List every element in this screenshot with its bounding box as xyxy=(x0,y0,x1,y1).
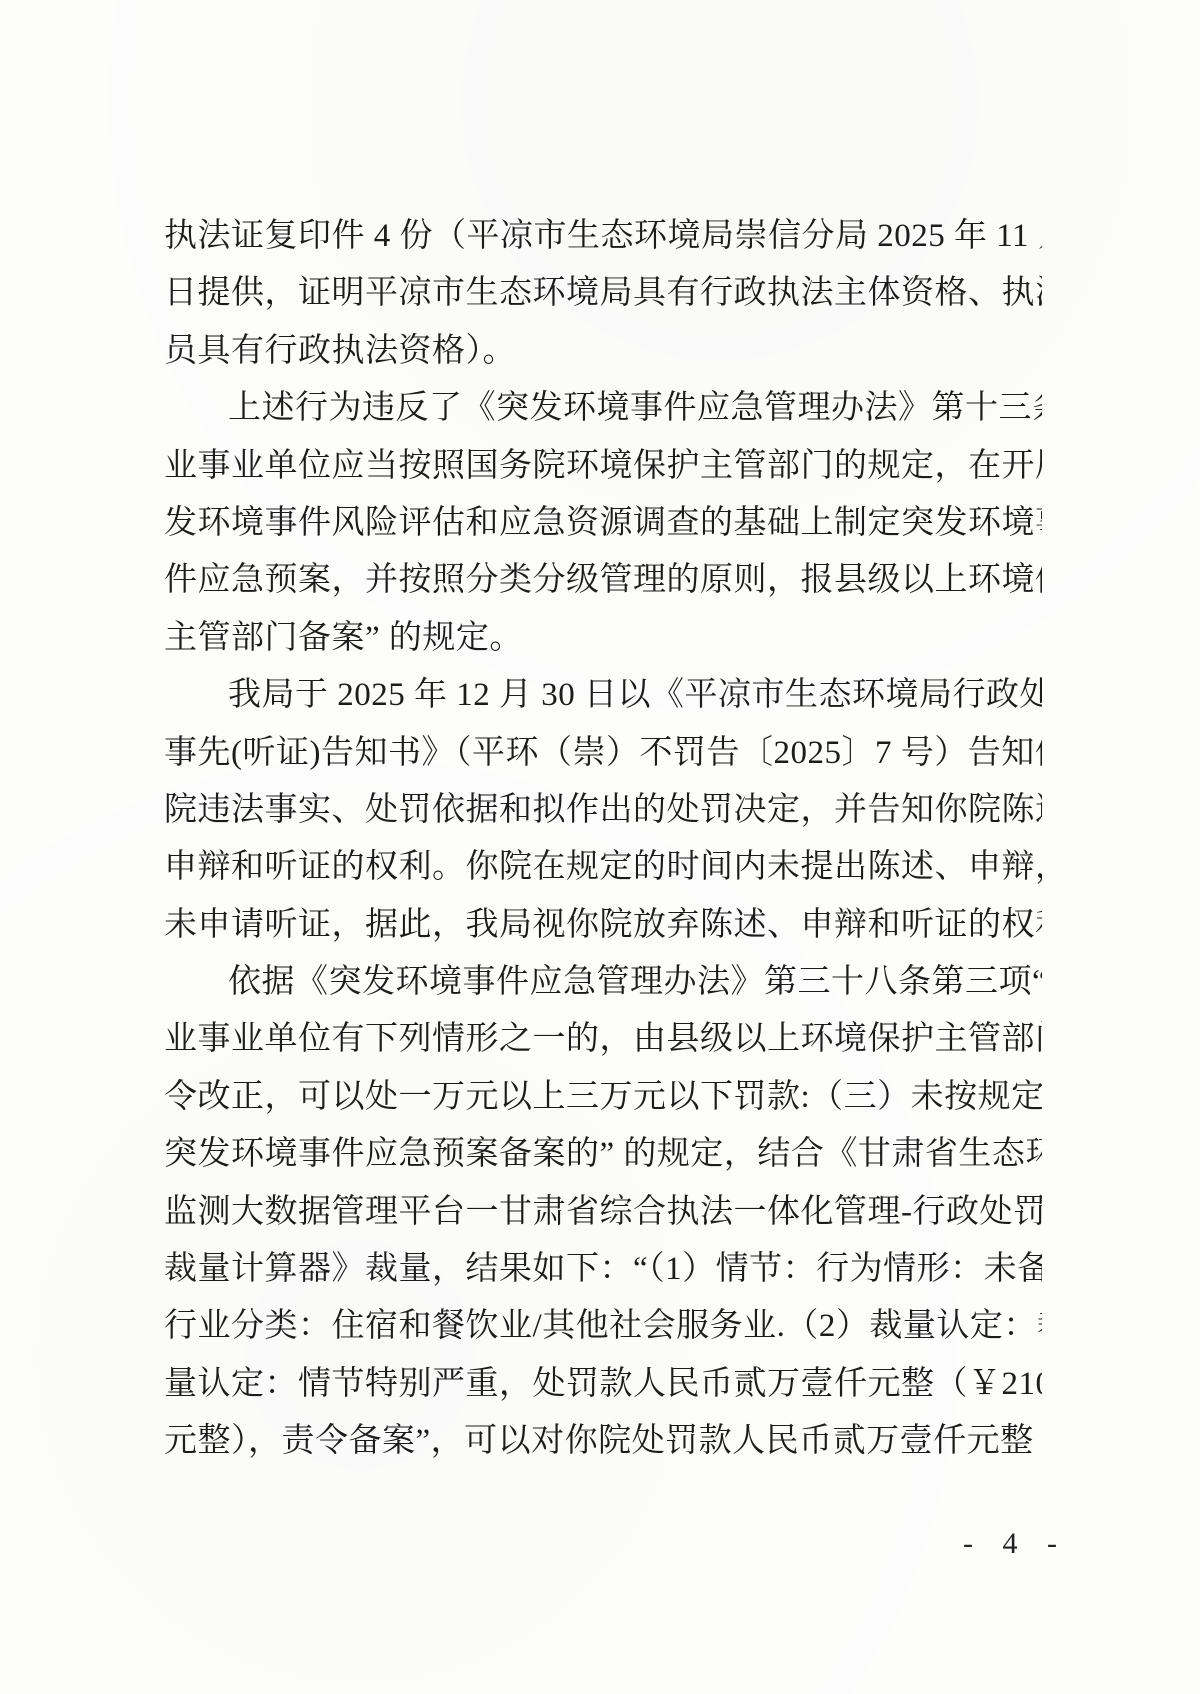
document-line: 业事业单位应当按照国务院环境保护主管部门的规定，在开展突 xyxy=(164,438,1042,495)
document-line: 员具有行政执法资格）。 xyxy=(164,323,1042,380)
document-line: 我局于 2025 年 12 月 30 日以《平凉市生态环境局行政处罚 xyxy=(164,667,1042,724)
document-line: 依据《突发环境事件应急管理办法》第三十八条第三项“企 xyxy=(164,954,1042,1011)
document-line: 件应急预案，并按照分类分级管理的原则，报县级以上环境保护 xyxy=(164,552,1042,609)
document-line: 监测大数据管理平台一甘肃省综合执法一体化管理-行政处罚- xyxy=(164,1184,1042,1241)
document-line: 量认定：情节特别严重，处罚款人民币贰万壹仟元整（￥21000 xyxy=(164,1356,1042,1413)
document-page: 执法证复印件 4 份（平凉市生态环境局崇信分局 2025 年 11 月 3日提供… xyxy=(0,0,1200,1694)
page-number: - 4 - xyxy=(958,1524,1068,1564)
document-line: 元整），责令备案”，可以对你院处罚款人民币贰万壹仟元整 xyxy=(164,1413,1042,1470)
document-line: 发环境事件风险评估和应急资源调查的基础上制定突发环境事 xyxy=(164,495,1042,552)
document-line: 事先(听证)告知书》（平环（崇）不罚告〔2025〕7 号）告知你 xyxy=(164,725,1042,782)
document-line: 行业分类：住宿和餐饮业/其他社会服务业.（2）裁量认定：裁 xyxy=(164,1298,1042,1355)
document-line: 申辩和听证的权利。你院在规定的时间内未提出陈述、申辩，也 xyxy=(164,839,1042,896)
document-line: 院违法事实、处罚依据和拟作出的处罚决定，并告知你院陈述、 xyxy=(164,782,1042,839)
document-line: 执法证复印件 4 份（平凉市生态环境局崇信分局 2025 年 11 月 3 xyxy=(164,208,1042,265)
document-line: 业事业单位有下列情形之一的，由县级以上环境保护主管部门责 xyxy=(164,1011,1042,1068)
document-line: 未申请听证，据此，我局视你院放弃陈述、申辩和听证的权利。 xyxy=(164,897,1042,954)
document-line: 日提供，证明平凉市生态环境局具有行政执法主体资格、执法人 xyxy=(164,265,1042,322)
document-line: 裁量计算器》裁量，结果如下：“（1）情节：行为情形：未备案； xyxy=(164,1241,1042,1298)
document-line: 上述行为违反了《突发环境事件应急管理办法》第十三条“企 xyxy=(164,380,1042,437)
document-body: 执法证复印件 4 份（平凉市生态环境局崇信分局 2025 年 11 月 3日提供… xyxy=(164,208,1042,1471)
document-line: 主管部门备案” 的规定。 xyxy=(164,610,1042,667)
document-line: 令改正，可以处一万元以上三万元以下罚款:（三）未按规定将 xyxy=(164,1069,1042,1126)
document-line: 突发环境事件应急预案备案的” 的规定，结合《甘肃省生态环境 xyxy=(164,1126,1042,1183)
